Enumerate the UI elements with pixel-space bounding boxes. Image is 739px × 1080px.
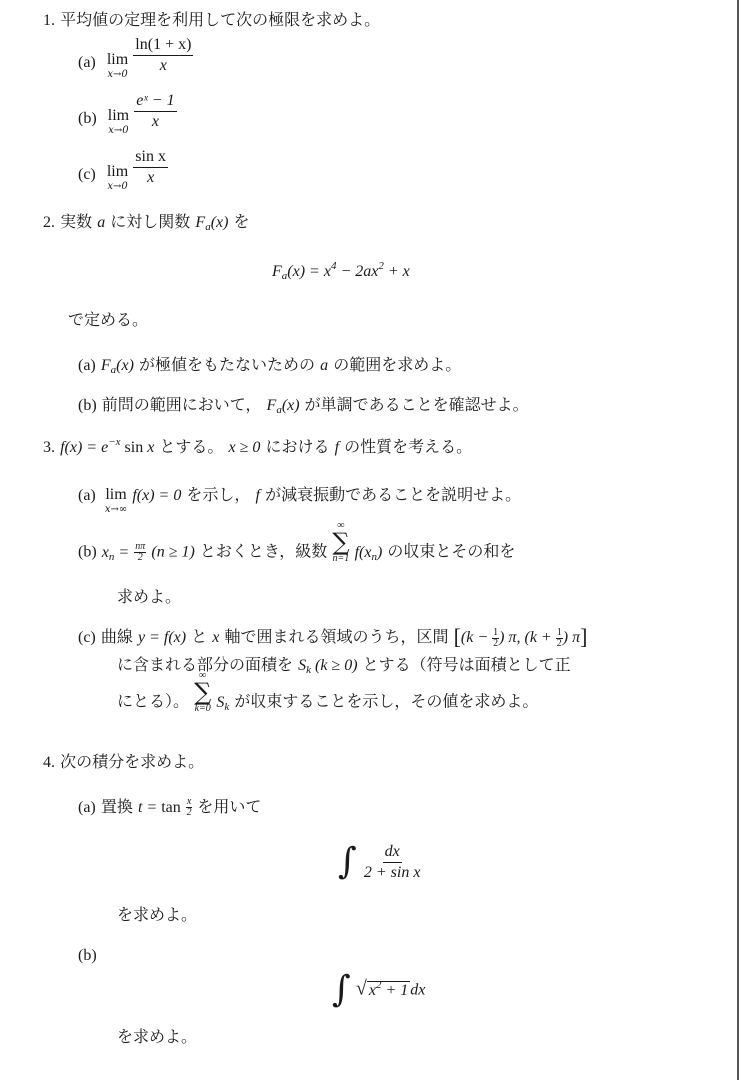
limit: limx→0 [108, 106, 129, 136]
sqrt-radicand: x2 + 1 [367, 981, 410, 999]
problem-2-heading: 2. 実数 a に対し関数 Fa(x) を [43, 212, 250, 233]
fraction: eˣ − 1x [134, 92, 176, 131]
fraction: sin xx [133, 148, 168, 187]
problem-1b: (b) limx→0 eˣ − 1x [78, 106, 177, 136]
problem-4b-after: を求めよ。 [117, 1027, 197, 1047]
limit: limx→0 [107, 50, 128, 80]
limit: limx→0 [107, 162, 128, 192]
limit: limx→∞ [105, 485, 127, 515]
problem-4b-integral: ∫ √x2 + 1dx [332, 970, 425, 1010]
summation: ∞∑n=1 [332, 520, 349, 564]
integral-sign: ∫ [332, 969, 351, 1010]
problem-4-heading: 4. 次の積分を求めよ。 [43, 752, 204, 773]
problem-4a-after: を求めよ。 [117, 905, 197, 925]
problem-3b: (b) xn = nπ2 (n ≥ 1) とおくとき，級数 ∞∑n=1 f(xn… [78, 540, 515, 564]
problem-3b-line2: 求めよ。 [117, 587, 181, 607]
problem-1c: (c) limx→0 sin xx [78, 162, 168, 192]
problem-3c: (c) 曲線 y = f(x) と x 軸で囲まれる領域のうち，区間 [(k −… [78, 627, 587, 649]
problem-2-after: で定める。 [68, 310, 148, 330]
fraction: ln(1 + x)x [133, 36, 193, 75]
problem-3c-line3: にとる）。 ∞∑k=0 Sk が収束することを示し，その値を求めよ。 [117, 690, 538, 714]
problem-3a: (a) limx→∞ f(x) = 0 を示し， f が減衰振動であることを説明… [78, 485, 521, 515]
fraction: nπ2 [134, 542, 146, 563]
integral-sign: ∫ [338, 841, 357, 882]
problem-4a: (a) 置換 t = tan x2 を用いて [78, 797, 261, 818]
problem-1-heading: 1. 平均値の定理を利用して次の極限を求めよ。 [43, 10, 380, 31]
problem-3c-line2: に含まれる部分の面積を Sk (k ≥ 0) とする（符号は面積として正 [117, 655, 571, 676]
fraction: x2 [186, 797, 192, 818]
problem-4a-integral: ∫ dx2 + sin x [338, 842, 422, 882]
problem-2b: (b) 前問の範囲において， Fa(x) が単調であることを確認せよ。 [78, 395, 529, 416]
problem-3-heading: 3. f(x) = e−x sin x とする。 x ≥ 0 における f の性… [43, 437, 472, 458]
fraction: dx2 + sin x [362, 843, 423, 882]
problem-1-text: 平均値の定理を利用して次の極限を求めよ。 [60, 10, 380, 29]
problem-2-display-equation: Fa(x) = x4 − 2ax2 + x [272, 262, 410, 282]
problem-2a: (a) Fa(x) が極値をもたないための a の範囲を求めよ。 [78, 355, 461, 376]
summation: ∞∑k=0 [194, 670, 211, 714]
problem-4b-label: (b) [78, 945, 97, 966]
problem-1a: (a) limx→0 ln(1 + x)x [78, 50, 193, 80]
